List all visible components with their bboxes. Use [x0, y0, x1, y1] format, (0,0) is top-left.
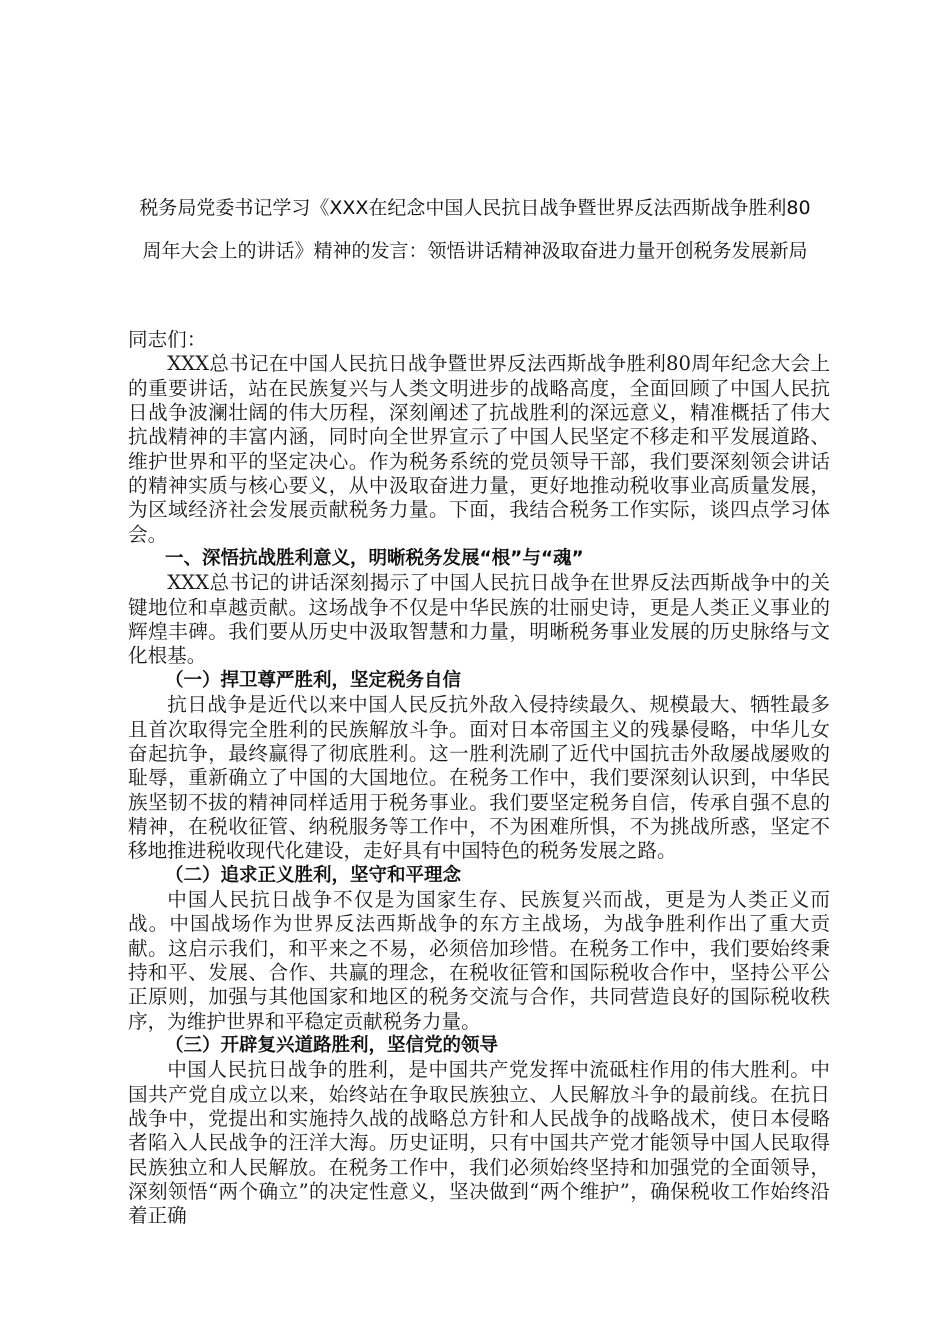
document-body: 同志们： XXX总书记在中国人民抗日战争暨世界反法西斯战争胜利80周年纪念大会上…	[128, 328, 830, 1229]
document-title: 税务局党委书记学习《XXX在纪念中国人民抗日战争暨世界反法西斯战争胜利80 周年…	[100, 187, 850, 273]
subsection-3-paragraph: 中国人民抗日战争的胜利，是中国共产党发挥中流砥柱作用的伟大胜利。中国共产党自成立…	[128, 1058, 830, 1228]
subsection-1-heading: （一）捍卫尊严胜利，坚定税务自信	[128, 669, 830, 693]
subsection-2-heading: （二）追求正义胜利，坚守和平理念	[128, 864, 830, 888]
title-line-1: 税务局党委书记学习《XXX在纪念中国人民抗日战争暨世界反法西斯战争胜利80	[100, 187, 850, 230]
section-1-intro: XXX总书记的讲话深刻揭示了中国人民抗日战争在世界反法西斯战争中的关键地位和卓越…	[128, 571, 830, 668]
subsection-3-heading: （三）开辟复兴道路胜利，坚信党的领导	[128, 1034, 830, 1058]
section-1-heading: 一、深悟抗战胜利意义，明晰税务发展“根”与“魂”	[128, 547, 830, 571]
intro-paragraph: XXX总书记在中国人民抗日战争暨世界反法西斯战争胜利80周年纪念大会上的重要讲话…	[128, 352, 830, 547]
document-page: 税务局党委书记学习《XXX在纪念中国人民抗日战争暨世界反法西斯战争胜利80 周年…	[0, 0, 950, 1344]
title-line-2: 周年大会上的讲话》精神的发言：领悟讲话精神汲取奋进力量开创税务发展新局	[100, 230, 850, 273]
subsection-2-paragraph: 中国人民抗日战争不仅是为国家生存、民族复兴而战，更是为人类正义而战。中国战场作为…	[128, 888, 830, 1034]
salutation: 同志们：	[128, 328, 830, 352]
subsection-1-paragraph: 抗日战争是近代以来中国人民反抗外敌入侵持续最久、规模最大、牺牲最多且首次取得完全…	[128, 693, 830, 863]
